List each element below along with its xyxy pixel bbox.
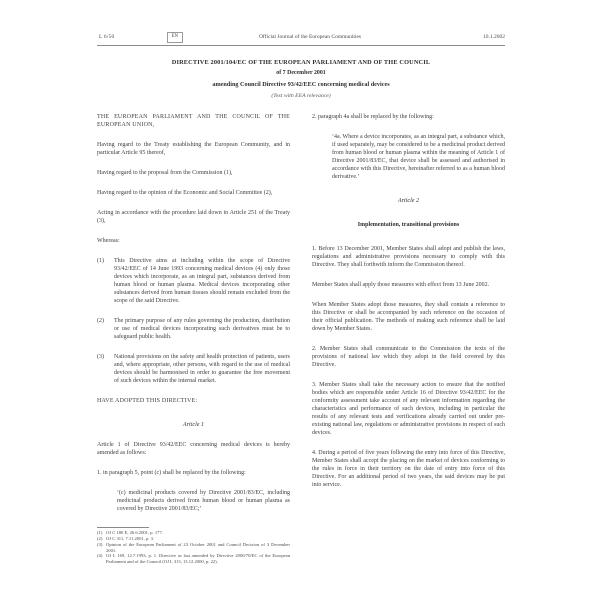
directive-date-line: of 7 December 2001 <box>97 70 505 77</box>
preamble-commission-proposal: Having regard to the proposal from the C… <box>97 169 290 177</box>
article-1-quote-1: ‘(c) medicinal products covered by Direc… <box>117 489 290 513</box>
enacting-formula: HAVE ADOPTED THIS DIRECTIVE: <box>97 397 290 405</box>
article-2-paragraph-2: 2. Member States shall communicate to th… <box>312 345 505 369</box>
article-2-paragraph-1-sub-1: Member States shall apply those measures… <box>312 281 505 289</box>
recital-1: (1) This Directive aims at including wit… <box>97 257 290 305</box>
preamble-parties: THE EUROPEAN PARLIAMENT AND THE COUNCIL … <box>97 113 290 129</box>
article-2-paragraph-4: 4. During a period of five years followi… <box>312 449 505 489</box>
preamble-procedure: Acting in accordance with the procedure … <box>97 209 290 225</box>
article-1-intro: Article 1 of Directive 93/42/EEC concern… <box>97 441 290 457</box>
directive-subject-line: amending Council Directive 93/42/EEC con… <box>97 81 505 89</box>
footnote-text: Opinion of the European Parliament of 23… <box>106 542 290 554</box>
preamble-esc-opinion: Having regard to the opinion of the Econ… <box>97 189 290 197</box>
language-code-box: EN <box>167 32 183 43</box>
article-1-quote-2: ‘4a. Where a device incorporates, as an … <box>332 133 505 181</box>
recital-text: The primary purpose of any rules governi… <box>114 317 290 341</box>
recital-3: (3) National provisions on the safety an… <box>97 353 290 385</box>
recital-2: (2) The primary purpose of any rules gov… <box>97 317 290 341</box>
eea-relevance-note: (Text with EEA relevance) <box>97 93 505 100</box>
article-2-heading: Article 2 <box>312 197 505 205</box>
right-column: 2. paragraph 4a shall be replaced by the… <box>312 113 505 565</box>
footnote-text: OJ L 169, 12.7.1993, p. 1. Directive as … <box>106 553 290 565</box>
footnote-block: (1) OJ C 180 E, 26.6.2001, p. 177. (2) O… <box>97 527 290 565</box>
article-2-subheading: Implementation, transitional provisions <box>312 221 505 229</box>
preamble-treaty-citation: Having regard to the Treaty establishing… <box>97 141 290 157</box>
page-number: L 6/50 <box>99 34 115 40</box>
directive-title: DIRECTIVE 2001/104/EC OF THE EUROPEAN PA… <box>97 59 505 67</box>
article-1-point-1: 1. in paragraph 5, point (c) shall be re… <box>97 469 290 477</box>
footnote-rule <box>97 527 149 528</box>
footnote-marker: (4) <box>97 553 106 565</box>
journal-running-header: L 6/50 EN Official Journal of the Europe… <box>97 31 505 46</box>
two-column-body: THE EUROPEAN PARLIAMENT AND THE COUNCIL … <box>97 113 505 565</box>
article-1-point-2: 2. paragraph 4a shall be replaced by the… <box>312 113 505 121</box>
recital-number: (3) <box>97 353 114 385</box>
article-2-paragraph-1-sub-2: When Member States adopt those measures,… <box>312 301 505 333</box>
article-1-heading: Article 1 <box>97 421 290 429</box>
article-2-paragraph-3: 3. Member States shall take the necessar… <box>312 381 505 437</box>
left-column: THE EUROPEAN PARLIAMENT AND THE COUNCIL … <box>97 113 290 565</box>
footnote-4: (4) OJ L 169, 12.7.1993, p. 1. Directive… <box>97 553 290 565</box>
whereas-label: Whereas: <box>97 237 290 245</box>
article-2-paragraph-1: 1. Before 13 December 2001, Member State… <box>312 245 505 269</box>
recital-number: (2) <box>97 317 114 341</box>
footnote-3: (3) Opinion of the European Parliament o… <box>97 542 290 554</box>
journal-page: L 6/50 EN Official Journal of the Europe… <box>97 31 505 565</box>
recital-number: (1) <box>97 257 114 305</box>
recital-text: This Directive aims at including within … <box>114 257 290 305</box>
footnote-marker: (3) <box>97 542 106 554</box>
issue-date: 10.1.2002 <box>483 34 505 40</box>
directive-title-block: DIRECTIVE 2001/104/EC OF THE EUROPEAN PA… <box>97 59 505 100</box>
recital-text: National provisions on the safety and he… <box>114 353 290 385</box>
journal-title: Official Journal of the European Communi… <box>205 34 415 40</box>
